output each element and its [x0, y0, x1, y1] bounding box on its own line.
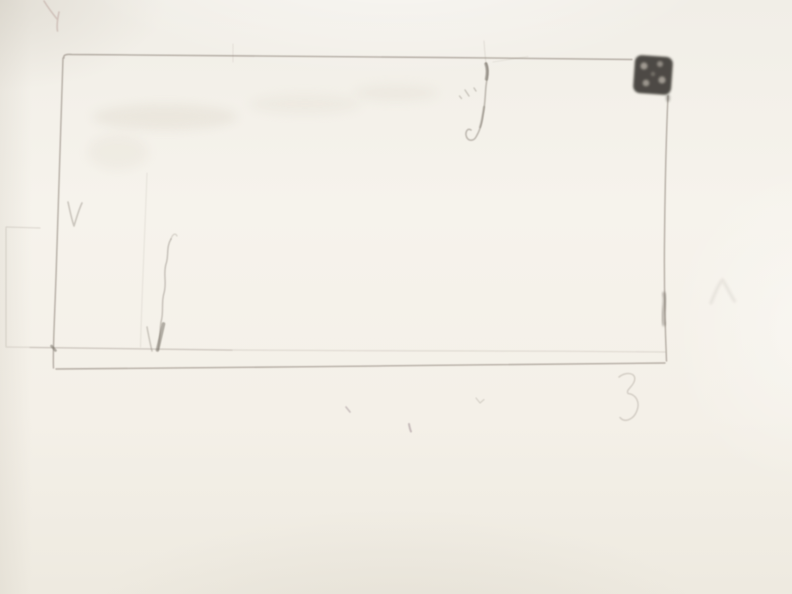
ink-blot-tail	[666, 94, 670, 102]
scribble-j-dots	[460, 88, 477, 99]
scan-marks-layer: Scanned off-white sheet of paper, mostly…	[0, 0, 792, 594]
ink-blot-spot	[658, 76, 665, 83]
scribble-j-upper-tail	[484, 41, 486, 63]
scanned-paper-photo: Scanned off-white sheet of paper, mostly…	[0, 0, 792, 594]
pencil-speck	[409, 424, 411, 432]
three-shaped-mark	[619, 374, 638, 421]
smudge-wash	[88, 134, 148, 170]
inner-vertical-line	[141, 173, 148, 347]
ink-blot-spot	[640, 62, 647, 69]
pencil-scribble-j	[460, 41, 529, 140]
pencil-speck	[346, 407, 350, 412]
ink-blot-spot	[643, 80, 650, 87]
bottom-left-corner-dot	[52, 346, 56, 351]
scribble-j-diagonal	[493, 57, 528, 63]
left-edge-tab-outline	[6, 227, 40, 346]
lambda-smudge	[711, 280, 735, 303]
smudge-wash	[354, 85, 438, 101]
ink-blot	[633, 55, 674, 102]
scribble-j-dark-top	[486, 64, 487, 79]
ink-blot-spot	[657, 61, 663, 67]
long-pencil-scribble	[147, 234, 177, 351]
pencil-speck	[476, 398, 484, 403]
smudge-wash	[93, 104, 237, 130]
ink-blot-spot	[651, 72, 655, 76]
smudge-wash	[250, 94, 360, 114]
long-scribble-side-tick	[147, 327, 152, 351]
bleed-through-line	[6, 347, 665, 352]
v-checkmark	[68, 202, 82, 226]
top-left-hook-mark	[44, 1, 59, 31]
bleed-through-line-left	[30, 348, 232, 351]
long-scribble-top-hook	[171, 234, 177, 239]
right-border-smudge	[663, 294, 665, 324]
scribble-j-stroke	[466, 63, 488, 140]
scribble-j-dark-mid	[480, 107, 484, 127]
